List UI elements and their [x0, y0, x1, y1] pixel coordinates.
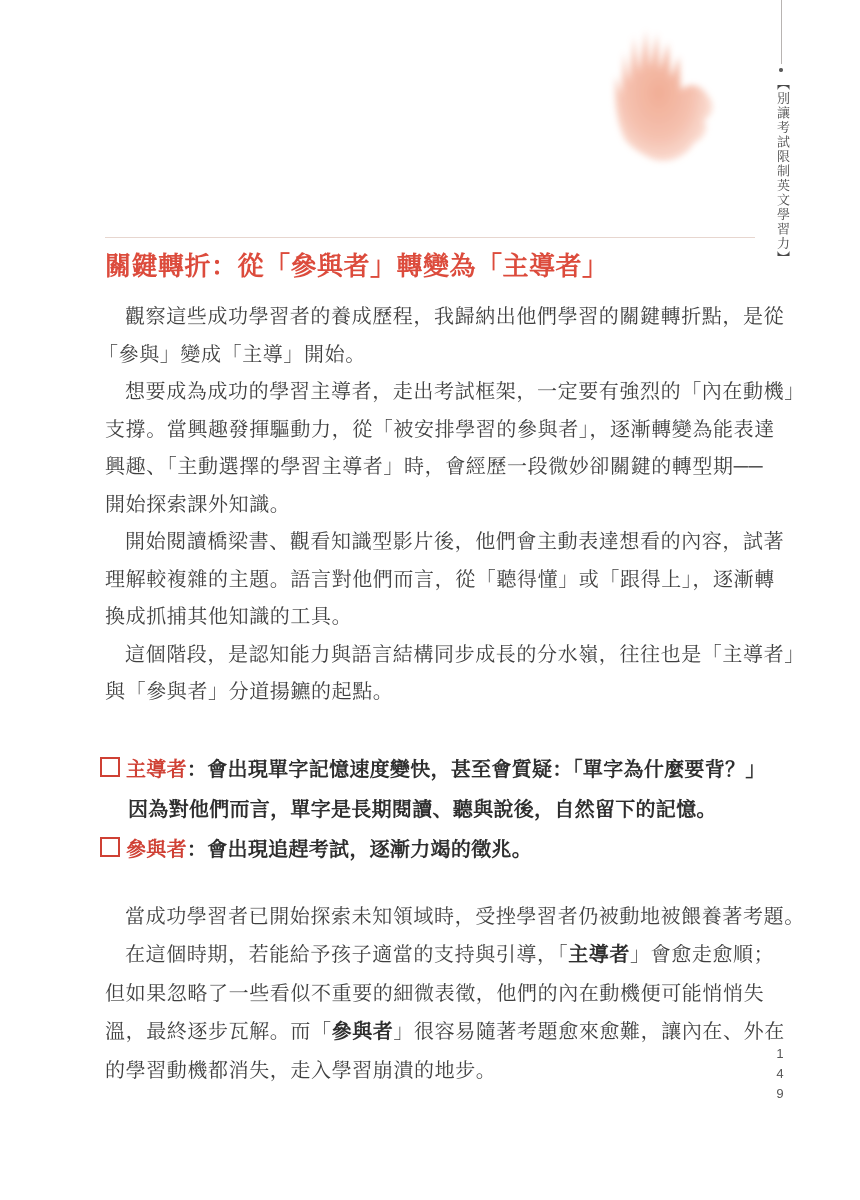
text-line: 支撐。當興趣發揮驅動力，從「被安排學習的參與者」，逐漸轉變為能表達 [105, 412, 765, 450]
text-line: 這個階段，是認知能力與語言結構同步成長的分水嶺，往往也是「主導者」 [105, 637, 765, 675]
page-number-digit: 4 [772, 1064, 788, 1084]
text-segment: 理解較複雜的主題。語言對他們而言，從「聽得懂」或「跟得上」，逐漸轉 [105, 569, 775, 591]
bullet-colon: ： [187, 759, 207, 781]
bullet-text: 會出現單字記憶速度變快，甚至會質疑：「單字為什麼要背？」 [207, 759, 765, 781]
text-segment: 與「參與者」分道揚鑣的起點。 [105, 681, 393, 703]
closing-paragraphs: 當成功學習者已開始探索未知領域時，受挫學習者仍被動地被餵養著考題。在這個時期，若… [105, 898, 765, 1091]
text-segment: 支撐。當興趣發揮驅動力，從「被安排學習的參與者」，逐漸轉變為能表達 [105, 419, 775, 441]
paragraph: 觀察這些成功學習者的養成歷程，我歸納出他們學習的關鍵轉折點，是從「參與」變成「主… [105, 299, 765, 374]
text-segment: 換成抓捕其他知識的工具。 [105, 606, 352, 628]
text-line: 「參與」變成「主導」開始。 [98, 337, 765, 375]
text-line: 溫，最終逐步瓦解。而「參與者」很容易隨著考題愈來愈難，讓內在、外在 [105, 1013, 765, 1052]
page-number-digit: 9 [772, 1084, 788, 1104]
text-segment: 當成功學習者已開始探索未知領域時，受挫學習者仍被動地被餵養著考題。 [125, 906, 805, 928]
text-line: 興趣、「主動選擇的學習主導者」時，會經歷一段微妙卻關鍵的轉型期── [105, 449, 765, 487]
bullet-item: 參與者：會出現追趕考試，逐漸力竭的徵兆。 [105, 830, 765, 870]
text-segment: 溫，最終逐步瓦解。而「 [105, 1021, 332, 1043]
text-line: 換成抓捕其他知識的工具。 [105, 599, 765, 637]
rule-end-dot [779, 68, 783, 72]
bullet-first-line: 主導者：會出現單字記憶速度變快，甚至會質疑：「單字為什麼要背？」 [105, 750, 765, 790]
text-segment: 開始閱讀橋梁書、觀看知識型影片後，他們會主動表達想看的內容，試著 [125, 531, 784, 553]
text-segment: 會出現單字記憶速度變快，甚至會質疑：「單字為什麼要背？」 [207, 759, 765, 781]
text-segment: 「參與」變成「主導」開始。 [98, 344, 366, 366]
page-number-digit: 1 [772, 1044, 788, 1064]
text-line: 想要成為成功的學習主導者，走出考試框架，一定要有強烈的「內在動機」 [105, 374, 765, 412]
bullet-text: 會出現追趕考試，逐漸力竭的徵兆。 [207, 839, 532, 861]
text-segment: 」很容易隨著考題愈來愈難，讓內在、外在 [393, 1021, 784, 1043]
paragraph: 當成功學習者已開始探索未知領域時，受挫學習者仍被動地被餵養著考題。 [105, 898, 765, 937]
red-square-icon [100, 757, 120, 777]
paragraph: 這個階段，是認知能力與語言結構同步成長的分水嶺，往往也是「主導者」與「參與者」分… [105, 637, 765, 712]
text-segment: 因為對他們而言，單字是長期閱讀、聽與說後，自然留下的記憶。 [128, 799, 717, 821]
text-segment: 觀察這些成功學習者的養成歷程，我歸納出他們學習的關鍵轉折點，是從 [125, 306, 784, 328]
paragraph: 開始閱讀橋梁書、觀看知識型影片後，他們會主動表達想看的內容，試著理解較複雜的主題… [105, 524, 765, 637]
emphasized-term: 主導者 [568, 944, 630, 966]
bullet-continuation-line: 因為對他們而言，單字是長期閱讀、聽與說後，自然留下的記憶。 [105, 790, 765, 830]
paragraph: 想要成為成功的學習主導者，走出考試框架，一定要有強烈的「內在動機」支撐。當興趣發… [105, 374, 765, 524]
bullet-colon: ： [187, 839, 207, 861]
text-line: 理解較複雜的主題。語言對他們而言，從「聽得懂」或「跟得上」，逐漸轉 [105, 562, 765, 600]
intro-paragraphs: 觀察這些成功學習者的養成歷程，我歸納出他們學習的關鍵轉折點，是從「參與」變成「主… [105, 299, 765, 712]
bullet-label: 參與者 [126, 839, 187, 861]
text-line: 開始閱讀橋梁書、觀看知識型影片後，他們會主動表達想看的內容，試著 [105, 524, 765, 562]
text-column: 關鍵轉折：從「參與者」轉變為「主導者」 觀察這些成功學習者的養成歷程，我歸納出他… [105, 0, 765, 1090]
text-segment: 在這個時期，若能給予孩子適當的支持與引導，「 [125, 944, 568, 966]
text-segment: 但如果忽略了一些看似不重要的細微表徵，他們的內在動機便可能悄悄失 [105, 983, 764, 1005]
text-segment: 想要成為成功的學習主導者，走出考試框架，一定要有強烈的「內在動機」 [125, 381, 805, 403]
bullet-first-line: 參與者：會出現追趕考試，逐漸力竭的徵兆。 [105, 830, 765, 870]
bullet-item: 主導者：會出現單字記憶速度變快，甚至會質疑：「單字為什麼要背？」因為對他們而言，… [105, 750, 765, 830]
text-line: 在這個時期，若能給予孩子適當的支持與引導，「主導者」會愈走愈順； [105, 936, 765, 975]
bullet-label: 主導者 [126, 759, 187, 781]
text-line: 但如果忽略了一些看似不重要的細微表徵，他們的內在動機便可能悄悄失 [105, 975, 765, 1014]
page-number: 1 4 9 [772, 1044, 788, 1104]
top-rule-line [781, 0, 782, 64]
text-line: 與「參與者」分道揚鑣的起點。 [105, 674, 765, 712]
text-line: 開始探索課外知識。 [105, 487, 765, 525]
emphasized-term: 參與者 [332, 1021, 394, 1043]
red-square-icon [100, 837, 120, 857]
text-segment: 」會愈走愈順； [630, 944, 774, 966]
section-heading: 關鍵轉折：從「參與者」轉變為「主導者」 [105, 249, 765, 283]
book-title-vertical: 【別讓考試限制英文學習力】 [773, 77, 792, 266]
text-segment: 開始探索課外知識。 [105, 494, 290, 516]
text-segment: 興趣、「主動選擇的學習主導者」時，會經歷一段微妙卻關鍵的轉型期── [105, 456, 763, 478]
text-segment: 的學習動機都消失，走入學習崩潰的地步。 [105, 1060, 496, 1082]
section-separator-line [105, 237, 755, 238]
bullet-list: 主導者：會出現單字記憶速度變快，甚至會質疑：「單字為什麼要背？」因為對他們而言，… [105, 750, 765, 870]
text-line: 觀察這些成功學習者的養成歷程，我歸納出他們學習的關鍵轉折點，是從 [105, 299, 765, 337]
paragraph: 在這個時期，若能給予孩子適當的支持與引導，「主導者」會愈走愈順；但如果忽略了一些… [105, 936, 765, 1090]
text-segment: 會出現追趕考試，逐漸力竭的徵兆。 [207, 839, 532, 861]
text-line: 的學習動機都消失，走入學習崩潰的地步。 [105, 1052, 765, 1091]
text-segment: 這個階段，是認知能力與語言結構同步成長的分水嶺，往往也是「主導者」 [125, 644, 805, 666]
text-line: 當成功學習者已開始探索未知領域時，受挫學習者仍被動地被餵養著考題。 [105, 898, 765, 937]
book-page: 【別讓考試限制英文學習力】 關鍵轉折：從「參與者」轉變為「主導者」 觀察這些成功… [0, 0, 860, 1200]
